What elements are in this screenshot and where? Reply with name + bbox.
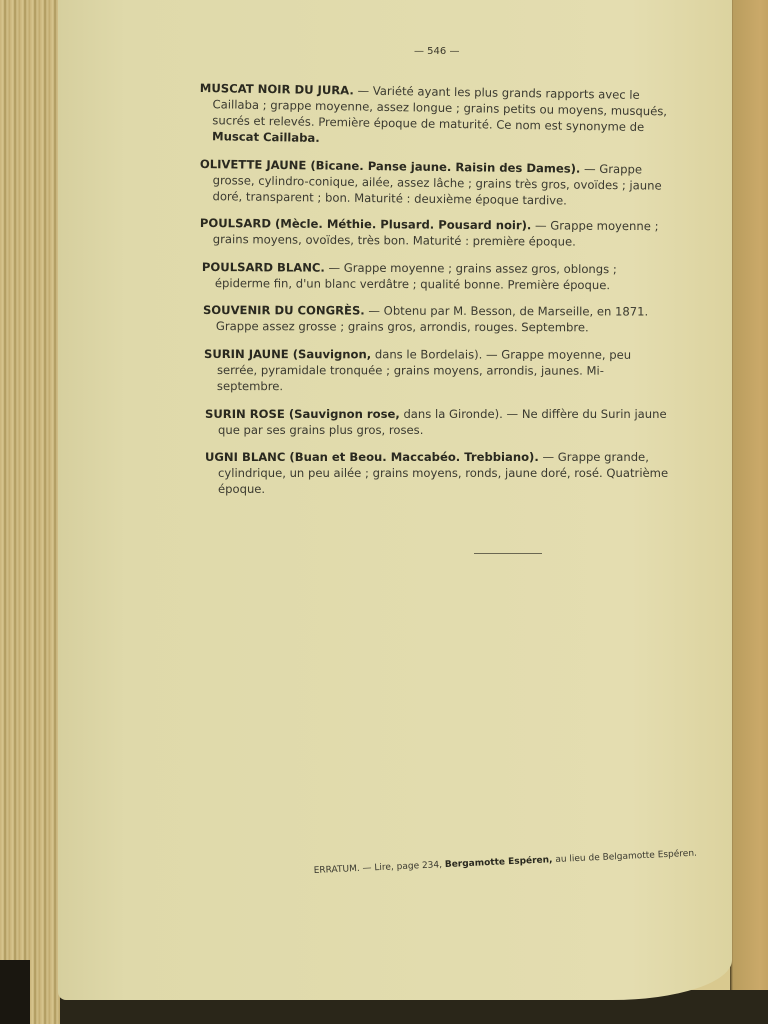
entry-olivette-jaune: OLIVETTE JAUNE (Bicane. Panse jaune. Rai… [199, 156, 670, 210]
entry-heading: UGNI BLANC (Buan et Beou. Maccabéo. Treb… [205, 450, 539, 464]
section-divider [474, 553, 542, 554]
entry-heading: POULSARD BLANC. [202, 260, 325, 275]
book-page-edges [0, 0, 64, 1024]
erratum-prefix: ERRATUM. — Lire, page 234, [314, 860, 446, 876]
entry-synonym: Muscat Caillaba. [212, 129, 320, 145]
page-number: — 546 — [58, 46, 732, 57]
entry-heading: SURIN ROSE (Sauvignon rose, [205, 407, 400, 421]
entry-heading: POULSARD (Mècle. Méthie. Plusard. Pousar… [200, 216, 531, 232]
book-page: — 546 — MUSCAT NOIR DU JURA. — Variété a… [58, 0, 732, 1000]
entry-heading: SOUVENIR DU CONGRÈS. [203, 303, 365, 318]
entry-surin-jaune: SURIN JAUNE (Sauvignon, dans le Bordelai… [204, 346, 670, 395]
entry-poulsard-blanc: POULSARD BLANC. — Grappe moyenne ; grain… [202, 259, 670, 293]
grape-variety-list: MUSCAT NOIR DU JURA. — Variété ayant les… [200, 80, 670, 505]
entry-muscat-noir-du-jura: MUSCAT NOIR DU JURA. — Variété ayant les… [199, 80, 670, 151]
entry-heading: MUSCAT NOIR DU JURA. [200, 81, 354, 97]
erratum-suffix: au lieu de Belgamotte Espéren. [552, 849, 697, 866]
entry-ugni-blanc: UGNI BLANC (Buan et Beou. Maccabéo. Treb… [205, 449, 670, 497]
entry-heading: SURIN JAUNE (Sauvignon, [204, 347, 371, 361]
erratum-note: ERRATUM. — Lire, page 234, Bergamotte Es… [314, 849, 698, 876]
book-shadow [0, 960, 30, 1024]
erratum-correction: Bergamotte Espéren, [445, 855, 553, 870]
entry-souvenir-du-congres: SOUVENIR DU CONGRÈS. — Obtenu par M. Bes… [203, 302, 670, 336]
entry-poulsard: POULSARD (Mècle. Méthie. Plusard. Pousar… [200, 215, 670, 250]
entry-heading: OLIVETTE JAUNE (Bicane. Panse jaune. Rai… [200, 157, 581, 176]
entry-surin-rose: SURIN ROSE (Sauvignon rose, dans la Giro… [205, 406, 670, 438]
book-binding-right [730, 0, 768, 1024]
